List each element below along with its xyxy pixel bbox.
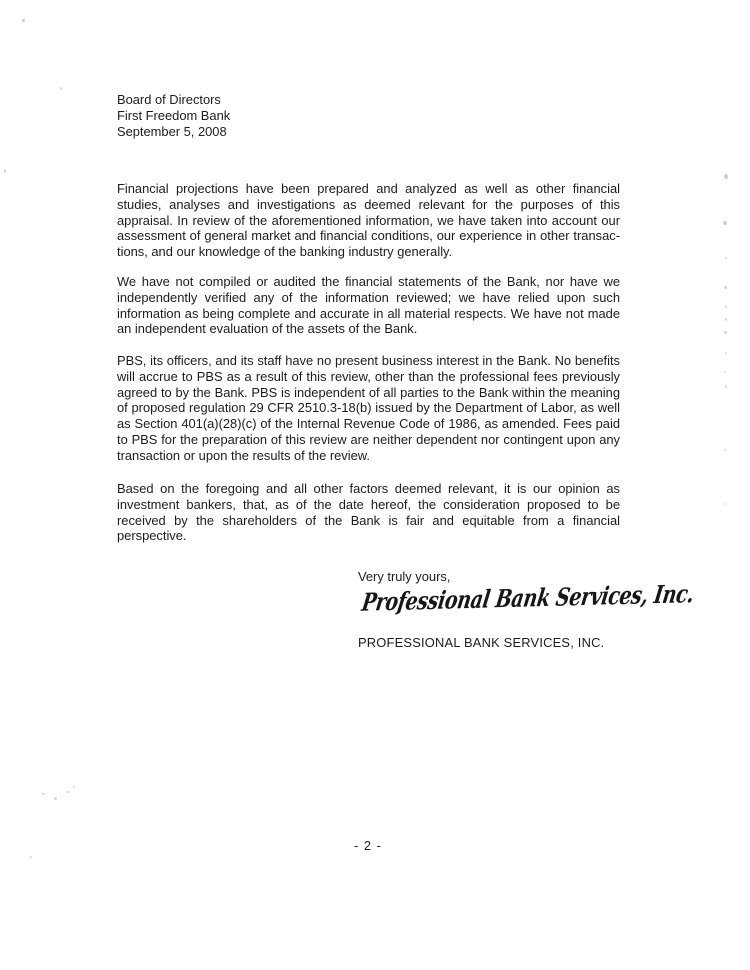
text-line: an independent evaluation of the assets … (117, 321, 620, 337)
text-line: We have not compiled or audited the fina… (117, 274, 620, 290)
scan-speck (723, 221, 727, 225)
text-line: PBS, its officers, and its staff have no… (117, 353, 620, 369)
scan-speck (22, 19, 25, 22)
scan-speck (4, 169, 6, 173)
scan-speck (73, 786, 75, 788)
scan-speck (42, 793, 45, 795)
address-line: September 5, 2008 (117, 124, 620, 140)
text-line: tions, and our knowledge of the banking … (117, 244, 620, 260)
scan-speck (724, 174, 728, 179)
paragraph-financial-projections: Financial projections have been prepared… (117, 181, 620, 260)
text-line: Financial projections have been prepared… (117, 181, 620, 197)
handwritten-signature: Professional Bank Services, Inc. (360, 580, 696, 617)
text-line: of proposed regulation 29 CFR 2510.3-18(… (117, 400, 620, 416)
scan-speck (724, 449, 726, 451)
scan-speck (66, 791, 69, 793)
text-line: independently verified any of the inform… (117, 290, 620, 306)
text-line: to PBS for the preparation of this revie… (117, 432, 620, 448)
scan-speck (725, 318, 727, 321)
text-line: appraisal. In review of the aforemention… (117, 213, 620, 229)
scan-speck (724, 503, 726, 505)
scan-speck (724, 286, 727, 289)
text-line: perspective. (117, 528, 620, 544)
scan-speck (725, 257, 727, 259)
paragraph-not-compiled-audited: We have not compiled or audited the fina… (117, 274, 620, 337)
text-line: received by the shareholders of the Bank… (117, 513, 620, 529)
text-line: as Section 401(a)(28)(c) of the Internal… (117, 416, 620, 432)
text-line: will accrue to PBS as a result of this r… (117, 369, 620, 385)
scan-speck (725, 352, 727, 354)
recipient-address: Board of DirectorsFirst Freedom BankSept… (117, 92, 620, 139)
closing-salutation: Very truly yours, (358, 569, 450, 585)
scan-speck (724, 371, 726, 373)
address-line: First Freedom Bank (117, 108, 620, 124)
paragraph-pbs-independence: PBS, its officers, and its staff have no… (117, 353, 620, 464)
text-line: investment bankers, that, as of the date… (117, 497, 620, 513)
address-line: Board of Directors (117, 92, 620, 108)
text-line: transaction or upon the results of the r… (117, 448, 620, 464)
text-line: Based on the foregoing and all other fac… (117, 481, 620, 497)
scan-speck (725, 385, 727, 388)
scanned-letter-page: Board of DirectorsFirst Freedom BankSept… (0, 0, 750, 970)
paragraph-fairness-opinion: Based on the foregoing and all other fac… (117, 481, 620, 544)
scan-speck (54, 797, 57, 800)
text-line: information as being complete and accura… (117, 306, 620, 322)
scan-speck (60, 87, 62, 90)
text-line: assessment of general market and financi… (117, 228, 620, 244)
typed-signature-name: PROFESSIONAL BANK SERVICES, INC. (358, 635, 604, 651)
scan-speck (724, 331, 727, 334)
scan-speck (725, 305, 727, 308)
text-line: agreed to by the Bank. PBS is independen… (117, 385, 620, 401)
scan-speck (30, 856, 32, 858)
page-number: - 2 - (354, 838, 382, 854)
text-line: studies, analyses and investigations as … (117, 197, 620, 213)
